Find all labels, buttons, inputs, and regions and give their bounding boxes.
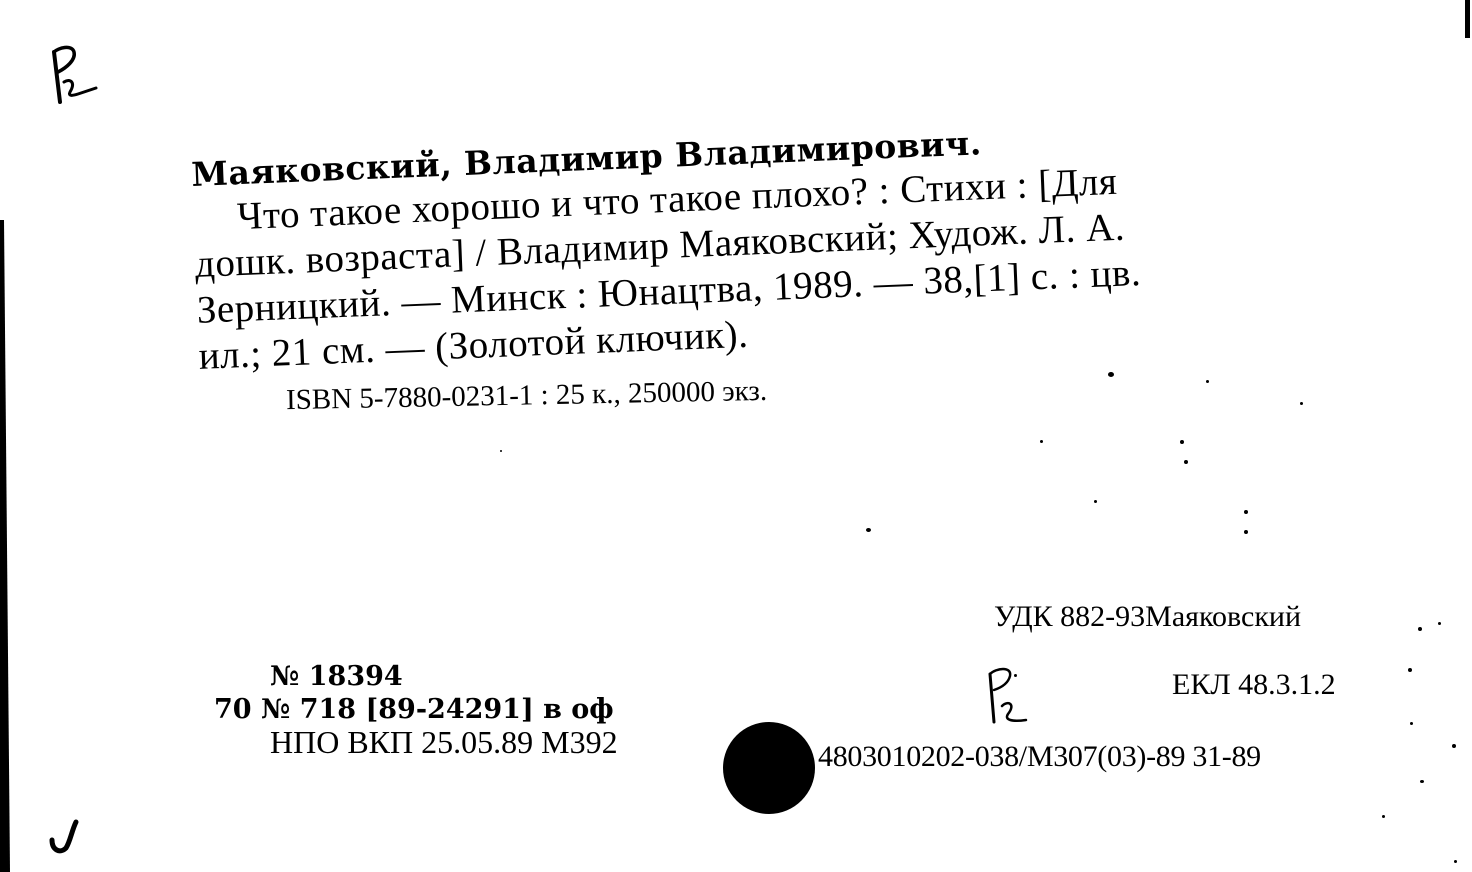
- scan-speck: [1382, 815, 1385, 818]
- handwritten-r2-mark-icon: [48, 42, 108, 112]
- print-info-line: 70 № 718 [89-24291] в оф: [214, 693, 618, 726]
- bibliographic-entry: Маяковский, Владимир Владимирович. Что т…: [190, 92, 1400, 422]
- ekl-classification: ЕКЛ 48.3.1.2: [1172, 668, 1336, 702]
- scan-speck: [1300, 402, 1303, 405]
- scan-speck: [1206, 380, 1209, 383]
- print-info: № 18394 70 № 718 [89-24291] в оф НПО ВКП…: [214, 660, 618, 759]
- scan-speck: [1108, 372, 1114, 377]
- scan-speck: [1408, 668, 1412, 672]
- scan-edge-right: [1465, 0, 1470, 38]
- punch-hole: [723, 722, 815, 814]
- udk-classification: УДК 882-93Маяковский: [994, 600, 1301, 634]
- print-info-line: № 18394: [214, 660, 618, 693]
- scan-speck: [1040, 440, 1043, 443]
- scan-speck: [1418, 627, 1422, 631]
- scan-speck: [1452, 744, 1456, 748]
- checkmark-icon: [48, 818, 84, 860]
- scan-speck: [1454, 860, 1457, 863]
- scan-speck: [1180, 440, 1184, 444]
- scan-edge-left: [0, 220, 10, 872]
- scan-speck: [1014, 674, 1017, 677]
- scan-speck: [1420, 780, 1424, 783]
- scan-speck: [866, 528, 871, 532]
- scan-speck: [1410, 722, 1413, 725]
- scan-speck: [500, 450, 502, 452]
- scan-speck: [1244, 530, 1248, 534]
- scan-speck: [1184, 460, 1188, 464]
- library-catalog-card: Маяковский, Владимир Владимирович. Что т…: [0, 0, 1472, 872]
- scan-speck: [1438, 622, 1441, 625]
- handwritten-r2-mark-icon: [986, 666, 1036, 730]
- scan-speck: [1244, 510, 1248, 514]
- print-info-line: НПО ВКП 25.05.89 М392: [214, 726, 618, 759]
- catalog-code: 4803010202-038/М307(03)-89 31-89: [818, 740, 1261, 774]
- scan-speck: [1094, 500, 1097, 503]
